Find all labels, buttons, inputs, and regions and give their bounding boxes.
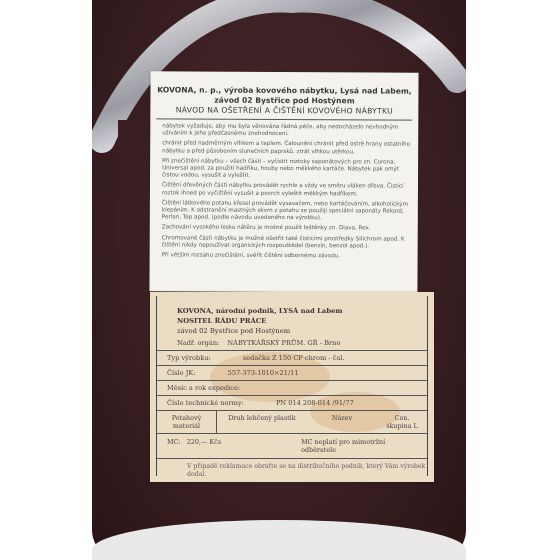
care-label-header: KOVONA, n. p., výroba kovového nábytku, …	[150, 71, 418, 116]
care-instructions-label: KOVONA, n. p., výroba kovového nábytku, …	[149, 71, 418, 292]
row-value: sedačka Z 150 CP chrom - čal.	[243, 354, 345, 362]
price-note: MC neplatí pro mimotržní odběratele	[301, 438, 417, 454]
care-paragraph: Zachování vysokého lesku nátěru je možné…	[162, 225, 412, 234]
price-value: 220,— Kčs	[187, 438, 221, 446]
price-row: MC: 220,— Kčs MC neplatí pro mimotržní o…	[157, 433, 427, 458]
row-value: NÁBYTKÁŘSKÝ PRŮM. GŘ - Brno	[227, 339, 340, 347]
price-label: MC:	[167, 438, 181, 446]
row-product-type: Typ výrobku: sedačka Z 150 CP chrom - ča…	[157, 350, 427, 365]
product-header-line: závod 02 Bystřice pod Hostýnem	[177, 326, 427, 336]
row-label: Typ výrobku:	[167, 354, 211, 362]
row-label: Měsíc a rok expedice:	[167, 384, 240, 392]
care-header-line: KOVONA, n. p., výroba kovového nábytku, …	[150, 85, 418, 96]
material-cell: Cen. skupina L	[377, 411, 427, 433]
row-label: Číslo technické normy:	[167, 399, 244, 407]
care-paragraph: chránit před nadměrným vlhkem a teplem. …	[162, 141, 412, 157]
care-paragraph: Při znečištění nábytku – všech částí – v…	[162, 158, 412, 181]
divider	[156, 118, 412, 120]
row-shipping-date: Měsíc a rok expedice:	[157, 380, 427, 395]
material-cell: Název	[307, 411, 377, 433]
material-cell: Potahový materiál	[157, 411, 217, 433]
care-paragraph: Při větším rozsahu znečištění, svěřit či…	[162, 252, 412, 261]
care-paragraph: Chromované části nábytku je možné ošetři…	[162, 235, 412, 251]
row-value: 557-373-1010×21/11	[228, 369, 299, 377]
row-supervising-body: Nadř. orgán: NÁBYTKÁŘSKÝ PRŮM. GŘ - Brno	[157, 336, 427, 350]
care-paragraph: Čištění dřevěných částí nábytku provádět…	[162, 183, 412, 199]
product-header-line: KOVONA, národní podnik, LYSÁ nad Labem	[177, 306, 427, 316]
row-value: PN 014 208-014 /91/77	[276, 399, 354, 407]
row-technical-norm: Číslo technické normy: PN 014 208-014 /9…	[157, 395, 427, 410]
material-table: Potahový materiál Druh lehčený plastik N…	[157, 410, 427, 433]
care-header-title: NÁVOD NA OŠETŘENÍ A ČIŠTĚNÍ KOVOVÉHO NÁB…	[150, 105, 418, 116]
care-label-body: nábytek vyžaduje, aby mu byla věnována ř…	[150, 123, 419, 261]
care-paragraph: nábytek vyžaduje, aby mu byla věnována ř…	[162, 123, 412, 139]
row-label: Číslo JK:	[167, 369, 196, 377]
product-header-line: NOSITEL ŘÁDU PRÁCE	[177, 316, 427, 326]
care-paragraph: Čištění látkového potahu křesel provádět…	[162, 200, 412, 223]
row-label: Nadř. orgán:	[177, 339, 219, 347]
complaint-note: V případě reklamace obraťte se na distri…	[157, 458, 427, 479]
product-label: KOVONA, národní podnik, LYSÁ nad Labem N…	[150, 292, 434, 482]
material-cell: Druh lehčený plastik	[217, 411, 307, 433]
row-jk-number: Číslo JK: 557-373-1010×21/11	[157, 365, 427, 380]
